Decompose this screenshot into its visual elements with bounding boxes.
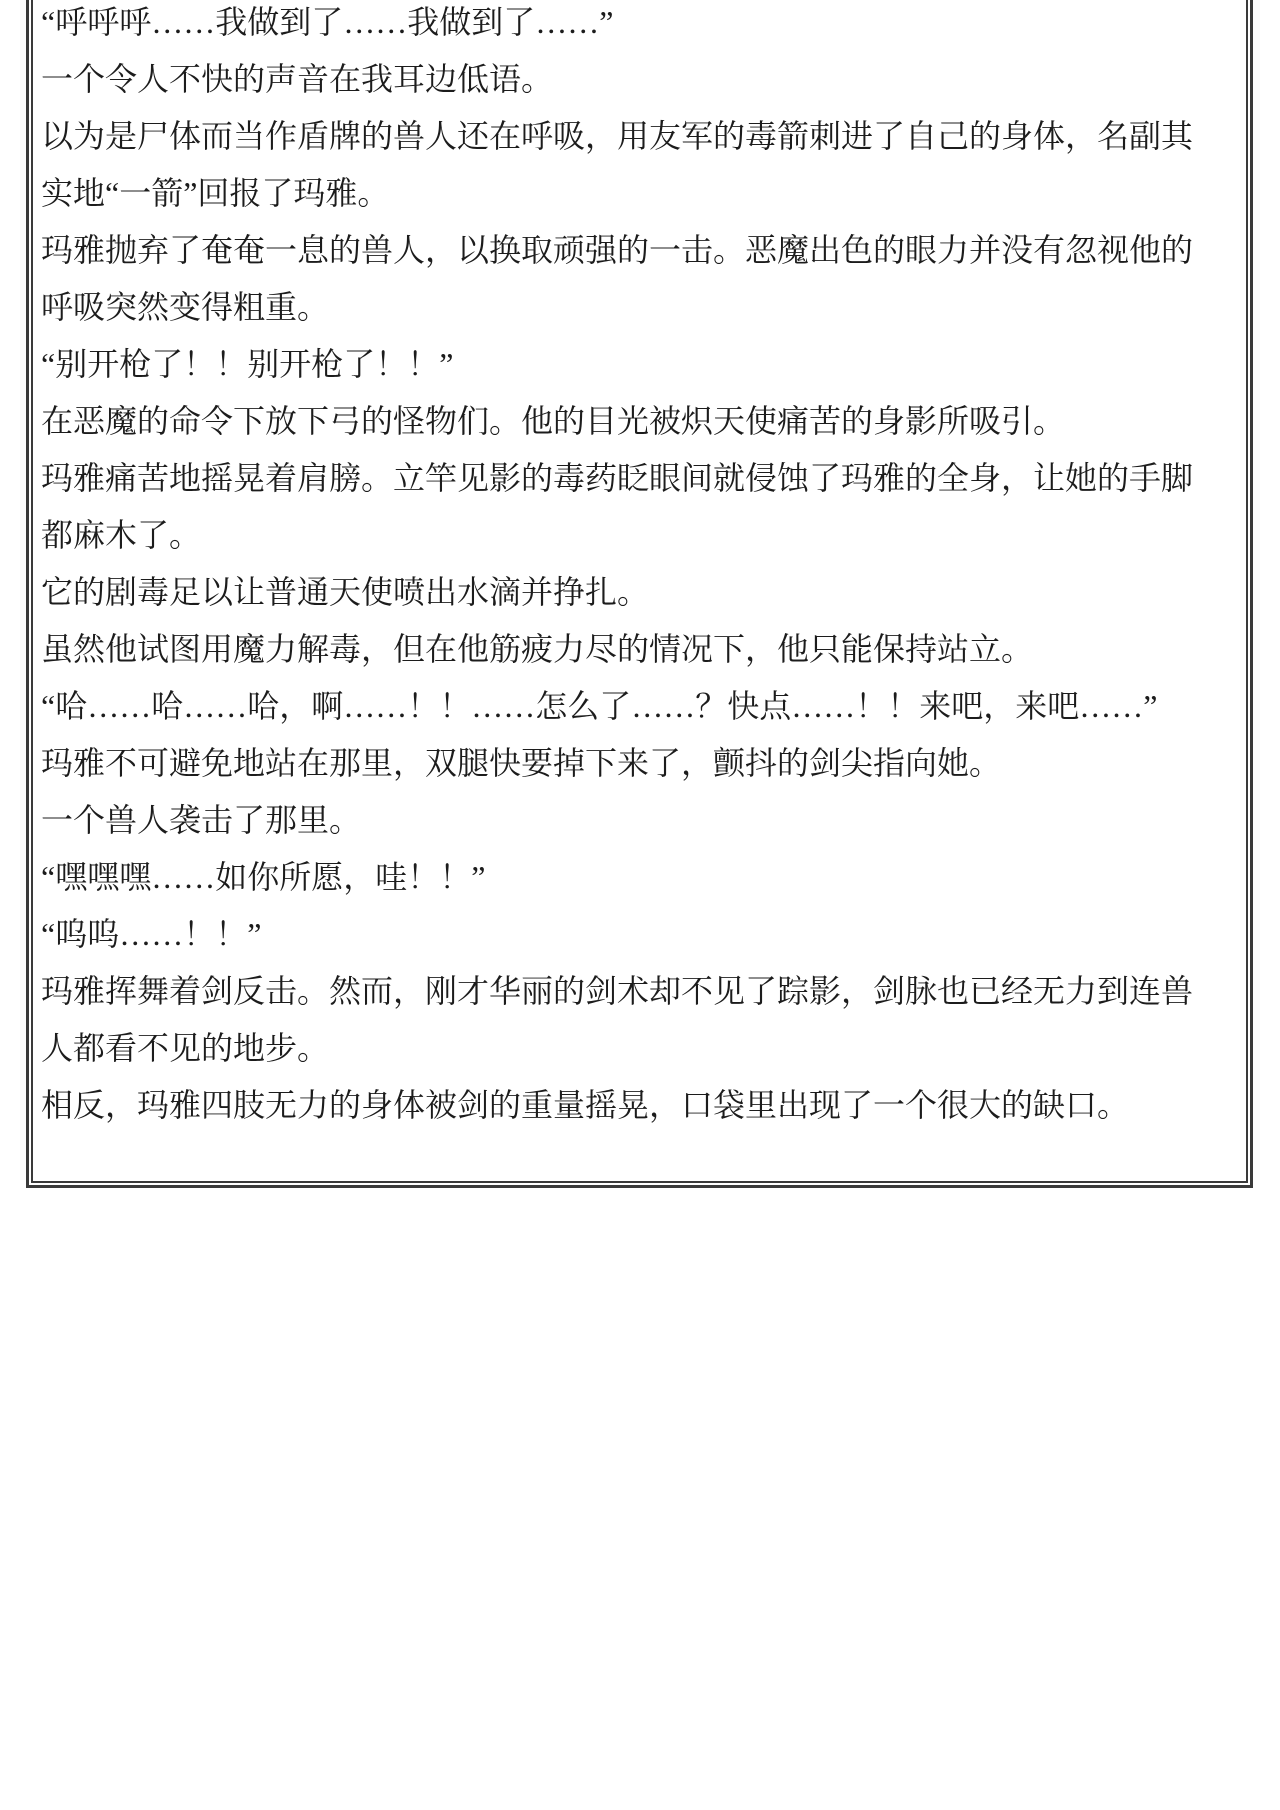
paragraph: “哈……哈……哈，啊……！！……怎么了……？快点……！！来吧，来吧……”: [41, 678, 1201, 735]
paragraph: 它的剧毒足以让普通天使喷出水滴并挣扎。: [41, 564, 1201, 621]
paragraph: 玛雅不可避免地站在那里，双腿快要掉下来了，颤抖的剑尖指向她。: [41, 735, 1201, 792]
paragraph: 玛雅挥舞着剑反击。然而，刚才华丽的剑术却不见了踪影，剑脉也已经无力到连兽人都看不…: [41, 963, 1201, 1077]
paragraph: “嘿嘿嘿……如你所愿，哇！！”: [41, 849, 1201, 906]
paragraph: 相反，玛雅四肢无力的身体被剑的重量摇晃，口袋里出现了一个很大的缺口。: [41, 1077, 1201, 1134]
paragraph: 虽然他试图用魔力解毒，但在他筋疲力尽的情况下，他只能保持站立。: [41, 621, 1201, 678]
novel-text: “呼呼呼……我做到了……我做到了……” 一个令人不快的声音在我耳边低语。 以为是…: [41, 0, 1201, 1134]
paragraph: 以为是尸体而当作盾牌的兽人还在呼吸，用友军的毒箭刺进了自己的身体，名副其实地“一…: [41, 108, 1201, 222]
novel-page: “呼呼呼……我做到了……我做到了……” 一个令人不快的声音在我耳边低语。 以为是…: [0, 0, 1280, 1810]
paragraph: 玛雅痛苦地摇晃着肩膀。立竿见影的毒药眨眼间就侵蚀了玛雅的全身，让她的手脚都麻木了…: [41, 450, 1201, 564]
paragraph: “别开枪了！！别开枪了！！”: [41, 336, 1201, 393]
paragraph: “呜呜……！！”: [41, 906, 1201, 963]
paragraph: 一个兽人袭击了那里。: [41, 792, 1201, 849]
paragraph: 一个令人不快的声音在我耳边低语。: [41, 51, 1201, 108]
paragraph: “呼呼呼……我做到了……我做到了……”: [41, 0, 1201, 51]
paragraph: 玛雅抛弃了奄奄一息的兽人，以换取顽强的一击。恶魔出色的眼力并没有忽视他的呼吸突然…: [41, 222, 1201, 336]
paragraph: 在恶魔的命令下放下弓的怪物们。他的目光被炽天使痛苦的身影所吸引。: [41, 393, 1201, 450]
